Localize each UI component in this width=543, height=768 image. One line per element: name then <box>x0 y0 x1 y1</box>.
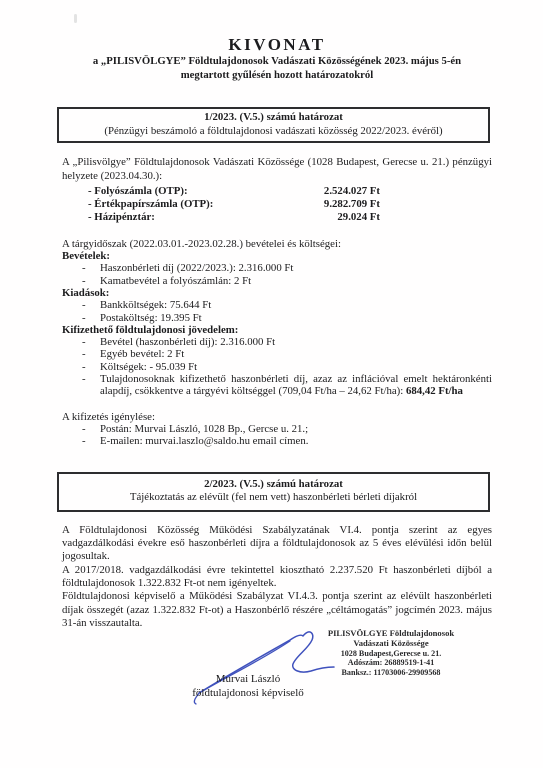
scanned-document-page: KIVONAT a „PILISVÖLGYE” Földtulajdonosok… <box>0 0 543 768</box>
bullet-dash: - <box>82 373 100 398</box>
account-row-ertekpapirszamla: - Értékpapírszámla (OTP): 9.282.709 Ft <box>88 198 380 211</box>
account-row-folyoszamla: - Folyószámla (OTP): 2.524.027 Ft <box>88 185 380 198</box>
expense-heading: Kiadások: <box>62 287 492 299</box>
bullet-dash: - <box>82 262 100 274</box>
page-subtitle-line1: a „PILISVÖLGYE” Földtulajdonosok Vadásza… <box>62 55 492 69</box>
resolution-2-paragraph: A 2017/2018. vadgazdálkodási évre tekint… <box>62 564 492 591</box>
list-item: - Egyéb bevétel: 2 Ft <box>62 348 492 360</box>
list-item-payable-final: - Tulajdonosoknak kifizethető haszonbérl… <box>62 373 492 398</box>
bullet-dash: - <box>82 361 100 373</box>
resolution-2-subject: Tájékoztatás az elévült (fel nem vett) h… <box>63 491 484 505</box>
account-value: 2.524.027 Ft <box>324 185 380 198</box>
resolution-2-number: 2/2023. (V.5.) számú határozat <box>63 478 484 492</box>
payable-heading: Kifizethető földtulajdonosi jövedelem: <box>62 324 492 336</box>
list-item: - Postaköltség: 19.395 Ft <box>62 312 492 324</box>
list-item-text: Postán: Murvai László, 1028 Bp., Gercse … <box>100 423 492 435</box>
list-item-text: Bankköltségek: 75.644 Ft <box>100 299 492 311</box>
list-item-text: Haszonbérleti díj (2022/2023.): 2.316.00… <box>100 262 492 274</box>
bullet-dash: - <box>82 336 100 348</box>
signer-block: Murvai László földtulajdonosi képviselő <box>160 672 336 701</box>
resolution-1-subject: (Pénzügyi beszámoló a földtulajdonosi va… <box>63 125 484 139</box>
resolution-1-header-box: 1/2023. (V.5.) számú határozat (Pénzügyi… <box>57 107 490 143</box>
list-item-text: Bevétel (haszonbérleti díj): 2.316.000 F… <box>100 336 492 348</box>
scan-artifact <box>74 14 77 23</box>
list-item-text: Egyéb bevétel: 2 Ft <box>100 348 492 360</box>
bullet-dash: - <box>82 435 100 447</box>
list-item-text: E-mailen: murvai.laszlo@saldo.hu email c… <box>100 435 492 447</box>
bullet-dash: - <box>82 275 100 287</box>
list-item: - Haszonbérleti díj (2022/2023.): 2.316.… <box>62 262 492 274</box>
financial-intro-paragraph: A „Pilisvölgye” Földtulajdonosok Vadásza… <box>62 156 492 182</box>
account-value: 29.024 Ft <box>337 211 380 224</box>
signer-name: Murvai László <box>160 672 336 686</box>
resolution-2-header-box: 2/2023. (V.5.) számú határozat Tájékozta… <box>57 472 490 512</box>
bullet-dash: - <box>82 348 100 360</box>
list-item: - E-mailen: murvai.laszlo@saldo.hu email… <box>62 435 492 447</box>
list-item: - Bevétel (haszonbérleti díj): 2.316.000… <box>62 336 492 348</box>
bullet-dash: - <box>82 312 100 324</box>
claim-heading: A kifizetés igénylése: <box>62 411 492 423</box>
period-line: A tárgyidőszak (2022.03.01.-2023.02.28.)… <box>62 238 492 250</box>
list-item-text: Tulajdonosoknak kifizethető haszonbérlet… <box>100 373 492 398</box>
account-value: 9.282.709 Ft <box>324 198 380 211</box>
list-item: - Postán: Murvai László, 1028 Bp., Gercs… <box>62 423 492 435</box>
bullet-dash: - <box>82 299 100 311</box>
resolution-1-number: 1/2023. (V.5.) számú határozat <box>63 111 484 125</box>
income-heading: Bevételek: <box>62 250 492 262</box>
signer-role: földtulajdonosi képviselő <box>160 686 336 701</box>
list-item: - Költségek: - 95.039 Ft <box>62 361 492 373</box>
payable-final-value: 684,42 Ft/ha <box>406 385 463 397</box>
account-row-hazipenztar: - Házipénztár: 29.024 Ft <box>88 211 380 224</box>
account-balances: - Folyószámla (OTP): 2.524.027 Ft - Érté… <box>62 185 492 224</box>
list-item-text: Költségek: - 95.039 Ft <box>100 361 492 373</box>
page-subtitle-line2: megtartott gyűlésén hozott határozatokró… <box>62 69 492 83</box>
account-label: - Értékpapírszámla (OTP): <box>88 198 213 211</box>
account-label: - Folyószámla (OTP): <box>88 185 188 198</box>
bullet-dash: - <box>82 423 100 435</box>
signature-area: PILISVÖLGYE Földtulajdonosok Vadászati K… <box>62 630 492 740</box>
list-item: - Kamatbevétel a folyószámlán: 2 Ft <box>62 275 492 287</box>
account-label: - Házipénztár: <box>88 211 155 224</box>
list-item-text: Postaköltség: 19.395 Ft <box>100 312 492 324</box>
list-item-text: Kamatbevétel a folyószámlán: 2 Ft <box>100 275 492 287</box>
resolution-2-paragraph: A Földtulajdonosi Közösség Működési Szab… <box>62 524 492 564</box>
resolution-2-body: A Földtulajdonosi Közösség Működési Szab… <box>62 524 492 630</box>
list-item: - Bankköltségek: 75.644 Ft <box>62 299 492 311</box>
page-title: KIVONAT <box>62 35 492 55</box>
